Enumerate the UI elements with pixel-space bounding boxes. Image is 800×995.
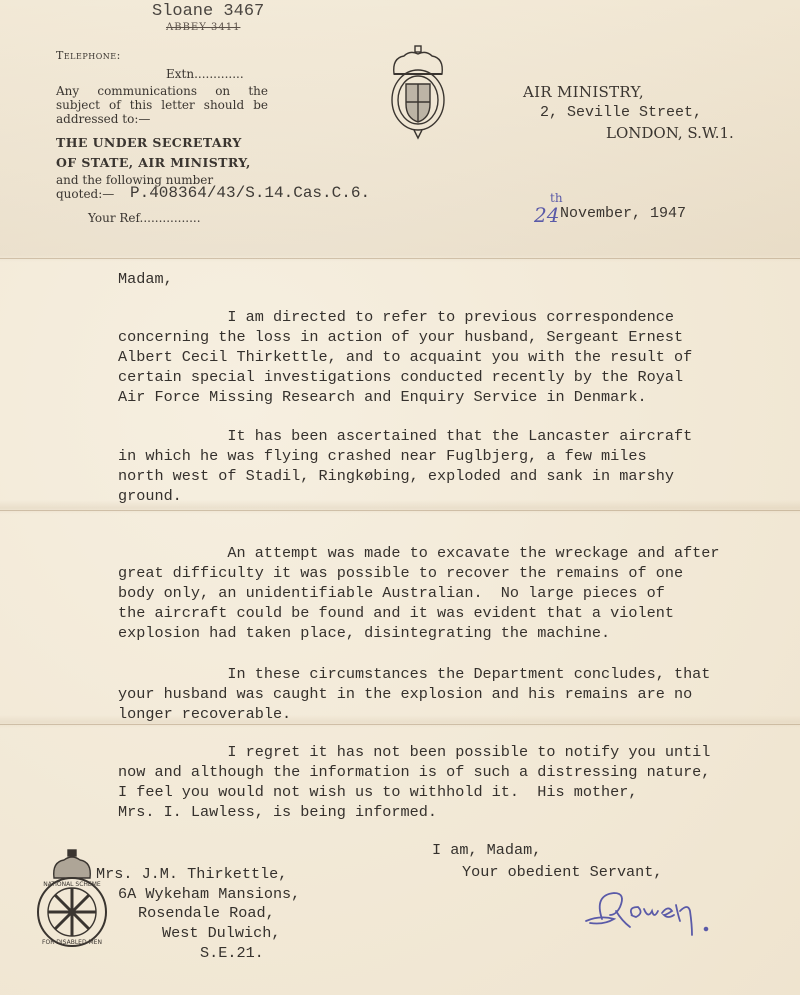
paragraph: An attempt was made to excavate the wrec… [118,543,720,643]
svg-text:FOR DISABLED MEN: FOR DISABLED MEN [42,939,102,946]
telephone-number-struck: ABBEY 3411 [166,22,240,33]
signature [580,885,740,945]
recipient-postcode: S.E.21. [200,943,264,963]
letter-page: Sloane 3467 ABBEY 3411 Telephone: Extn..… [0,0,800,995]
paragraph: I regret it has not been possible to not… [118,742,710,822]
addressee-line: OF STATE, AIR MINISTRY, [56,153,268,173]
paragraph: In these circumstances the Department co… [118,664,710,724]
royal-coat-of-arms-icon [380,44,456,140]
date-day-handwritten: 24 [534,203,559,227]
telephone-label: Telephone: [56,49,121,62]
date-month-year: November, 1947 [560,205,686,222]
sender-city: LONDON, S.W.1. [606,124,734,142]
addressee-block: THE UNDER SECRETARY OF STATE, AIR MINIST… [56,133,268,173]
recipient-address-line: West Dulwich, [162,923,280,943]
fold-line [0,724,800,725]
quoted-label: quoted:— [56,187,114,201]
sender-street: 2, Seville Street, [540,104,702,121]
addressee-line: THE UNDER SECRETARY [56,133,268,153]
paragraph: I am directed to refer to previous corre… [118,307,692,407]
paragraph: It has been ascertained that the Lancast… [118,426,692,506]
reference-number: P.408364/43/S.14.Cas.C.6. [130,184,370,202]
closing-line: I am, Madam, [432,840,541,860]
recipient-address-line: 6A Wykeham Mansions, [118,884,300,904]
fold-line [0,510,800,511]
fold-line [0,258,800,259]
telephone-number: Sloane 3467 [152,2,264,21]
sender-name: AIR MINISTRY, [523,83,644,101]
salutation: Madam, [118,269,173,289]
svg-text:NATIONAL SCHEME: NATIONAL SCHEME [43,881,101,888]
closing-line: Your obedient Servant, [462,862,663,882]
extension-field: Extn............. [166,67,244,81]
national-scheme-for-disabled-men-badge-icon: NATIONAL SCHEME FOR DISABLED MEN [34,848,110,948]
recipient-name: Mrs. J.M. Thirkettle, [96,864,287,884]
your-ref-field: Your Ref................ [88,211,201,225]
communications-note: Any communications on the subject of thi… [56,84,268,126]
recipient-address-line: Rosendale Road, [138,903,275,923]
